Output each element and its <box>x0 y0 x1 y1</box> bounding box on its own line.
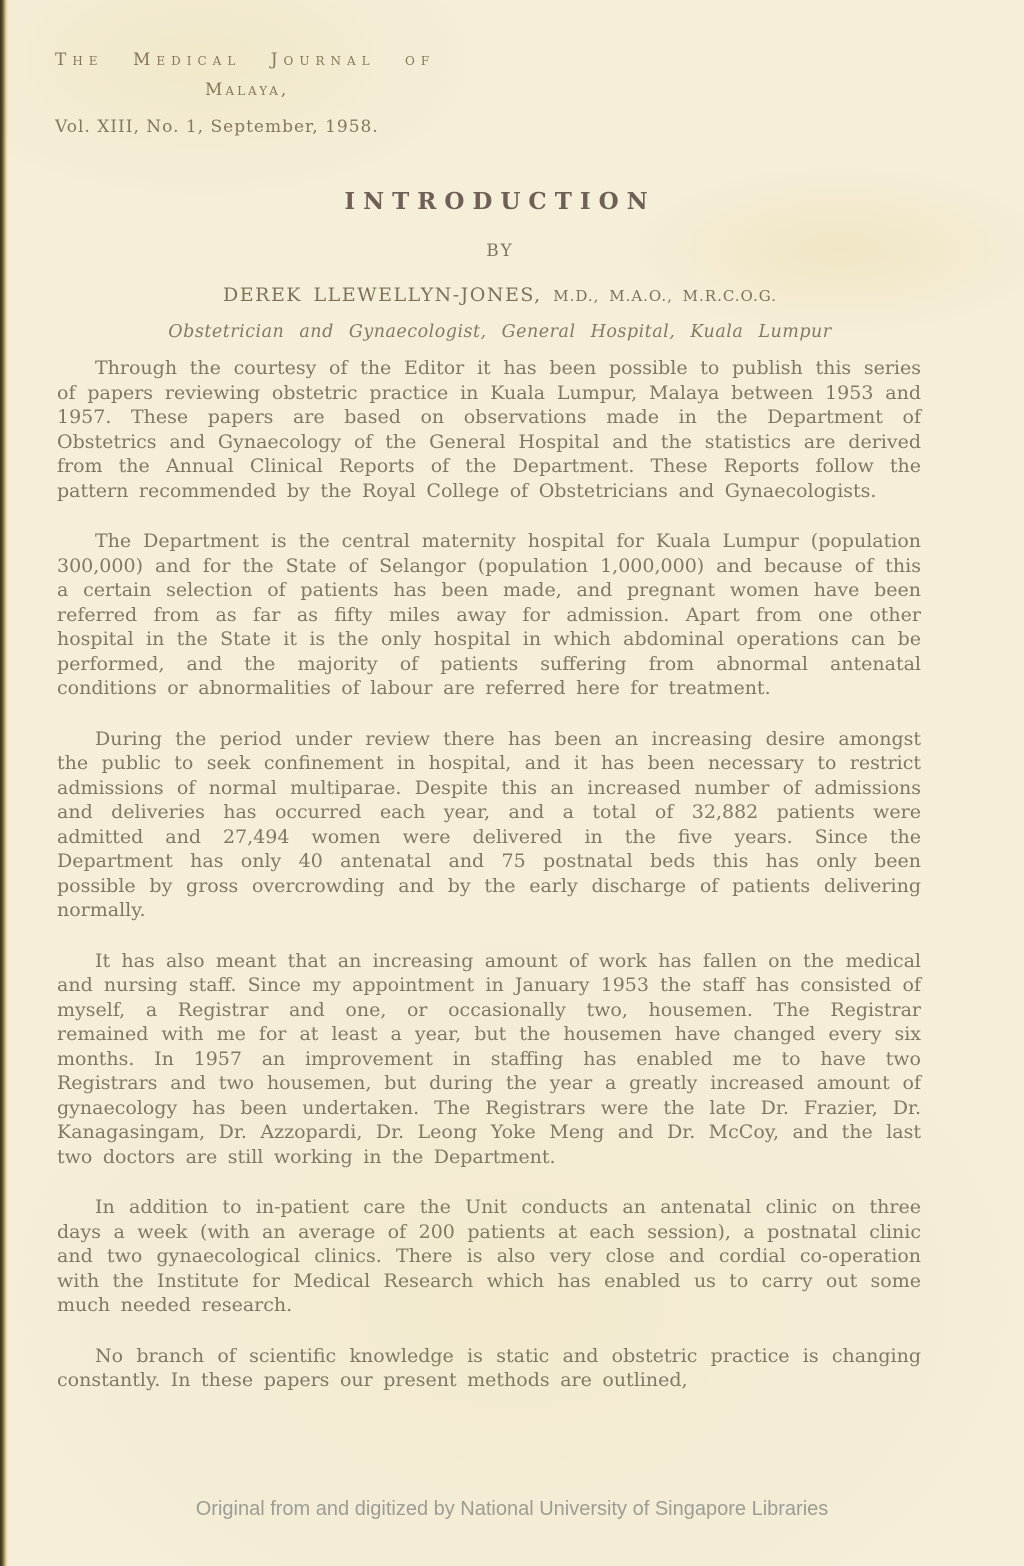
paragraph-5: In addition to in-patient care the Unit … <box>57 1195 921 1318</box>
author-credentials: M.D., M.A.O., M.R.C.O.G. <box>553 287 777 305</box>
journal-issue-line: Vol. XIII, No. 1, September, 1958. <box>55 117 435 137</box>
author-affiliation: Obstetrician and Gynaecologist, General … <box>0 322 1000 342</box>
paragraph-6: No branch of scientific knowledge is sta… <box>57 1344 921 1393</box>
author-name: DEREK LLEWELLYN-JONES, <box>223 284 542 306</box>
scanned-journal-page: The Medical Journal of Malaya, Vol. XIII… <box>0 0 1024 1566</box>
journal-header: The Medical Journal of Malaya, Vol. XIII… <box>55 50 435 137</box>
paragraph-1: Through the courtesy of the Editor it ha… <box>57 356 921 503</box>
article-byline: BY <box>0 241 1000 261</box>
article-author-line: DEREK LLEWELLYN-JONES, M.D., M.A.O., M.R… <box>0 284 1000 306</box>
journal-name-line1: The Medical Journal of <box>55 50 435 70</box>
journal-name-line2: Malaya, <box>55 80 435 100</box>
article-body: Through the courtesy of the Editor it ha… <box>57 356 921 1419</box>
paragraph-4: It has also meant that an increasing amo… <box>57 949 921 1170</box>
paragraph-3: During the period under review there has… <box>57 727 921 923</box>
article-title: INTRODUCTION <box>0 188 1000 215</box>
paragraph-2: The Department is the central maternity … <box>57 529 921 701</box>
article-title-block: INTRODUCTION BY DEREK LLEWELLYN-JONES, M… <box>0 188 1000 342</box>
digitization-attribution: Original from and digitized by National … <box>0 1498 1024 1521</box>
